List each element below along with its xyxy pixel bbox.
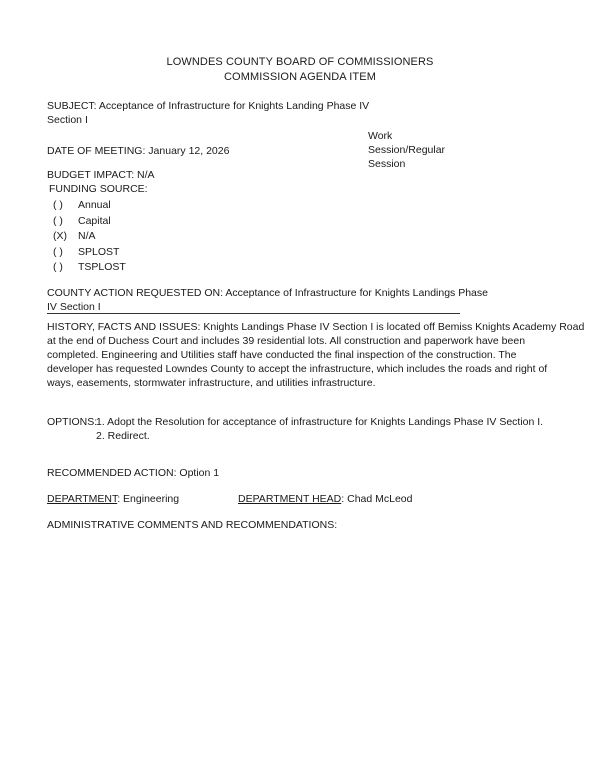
history-line: at the end of Duchess Court and includes… xyxy=(47,334,577,348)
meeting-type: Work Session/Regular Session xyxy=(368,129,445,171)
options-label: OPTIONS: xyxy=(47,415,97,429)
budget-impact: BUDGET IMPACT: N/A xyxy=(47,168,155,182)
history-line: completed. Engineering and Utilities sta… xyxy=(47,348,577,362)
recommended-action: RECOMMENDED ACTION: Option 1 xyxy=(47,466,219,480)
option-item-1: 1. Adopt the Resolution for acceptance o… xyxy=(96,415,543,429)
county-action-line-1: COUNTY ACTION REQUESTED ON: Acceptance o… xyxy=(47,286,488,300)
department-head-value: : Chad McLeod xyxy=(341,493,412,505)
meeting-type-line-2: Session/Regular xyxy=(368,143,445,157)
history-facts-issues: HISTORY, FACTS AND ISSUES: Knights Landi… xyxy=(47,320,577,390)
history-line: ways, easements, stormwater infrastructu… xyxy=(47,376,577,390)
funding-option-annual: ( ) Annual xyxy=(53,198,126,214)
funding-option-label: N/A xyxy=(78,229,96,245)
board-title: LOWNDES COUNTY BOARD OF COMMISSIONERS xyxy=(0,55,600,70)
option-item-2: 2. Redirect. xyxy=(96,429,543,443)
agenda-item-title: COMMISSION AGENDA ITEM xyxy=(0,70,600,85)
subject-section: SUBJECT: Acceptance of Infrastructure fo… xyxy=(47,99,369,127)
meeting-type-line-3: Session xyxy=(368,157,445,171)
funding-option-splost: ( ) SPLOST xyxy=(53,245,126,261)
funding-source-options: ( ) Annual ( ) Capital (X) N/A ( ) SPLOS… xyxy=(53,198,126,276)
funding-option-capital: ( ) Capital xyxy=(53,214,126,230)
funding-option-label: TSPLOST xyxy=(78,260,126,276)
department-head-label: DEPARTMENT HEAD xyxy=(238,493,341,505)
subject-line-1: SUBJECT: Acceptance of Infrastructure fo… xyxy=(47,99,369,113)
department-value: : Engineering xyxy=(117,493,179,505)
county-action-line-2: IV Section I xyxy=(47,300,488,314)
checkbox-mark: ( ) xyxy=(53,214,78,230)
section-divider xyxy=(47,313,460,314)
checkbox-mark: ( ) xyxy=(53,245,78,261)
funding-source-label: FUNDING SOURCE: xyxy=(49,182,148,196)
checkbox-mark: ( ) xyxy=(53,260,78,276)
funding-option-label: Capital xyxy=(78,214,111,230)
administrative-comments: ADMINISTRATIVE COMMENTS AND RECOMMENDATI… xyxy=(47,518,337,532)
subject-line-2: Section I xyxy=(47,113,369,127)
checkbox-mark: ( ) xyxy=(53,198,78,214)
funding-option-na: (X) N/A xyxy=(53,229,126,245)
meeting-type-line-1: Work xyxy=(368,129,445,143)
document-header: LOWNDES COUNTY BOARD OF COMMISSIONERS CO… xyxy=(0,55,600,85)
department: DEPARTMENT: Engineering xyxy=(47,492,179,506)
department-label: DEPARTMENT xyxy=(47,493,117,505)
county-action-section: COUNTY ACTION REQUESTED ON: Acceptance o… xyxy=(47,286,488,314)
funding-option-tsplost: ( ) TSPLOST xyxy=(53,260,126,276)
history-line: developer has requested Lowndes County t… xyxy=(47,362,577,376)
options-list: 1. Adopt the Resolution for acceptance o… xyxy=(96,415,543,443)
history-line: HISTORY, FACTS AND ISSUES: Knights Landi… xyxy=(47,320,577,334)
checkbox-mark-checked: (X) xyxy=(53,229,78,245)
funding-option-label: SPLOST xyxy=(78,245,119,261)
funding-option-label: Annual xyxy=(78,198,111,214)
department-head: DEPARTMENT HEAD: Chad McLeod xyxy=(238,492,413,506)
meeting-date: DATE OF MEETING: January 12, 2026 xyxy=(47,144,229,158)
